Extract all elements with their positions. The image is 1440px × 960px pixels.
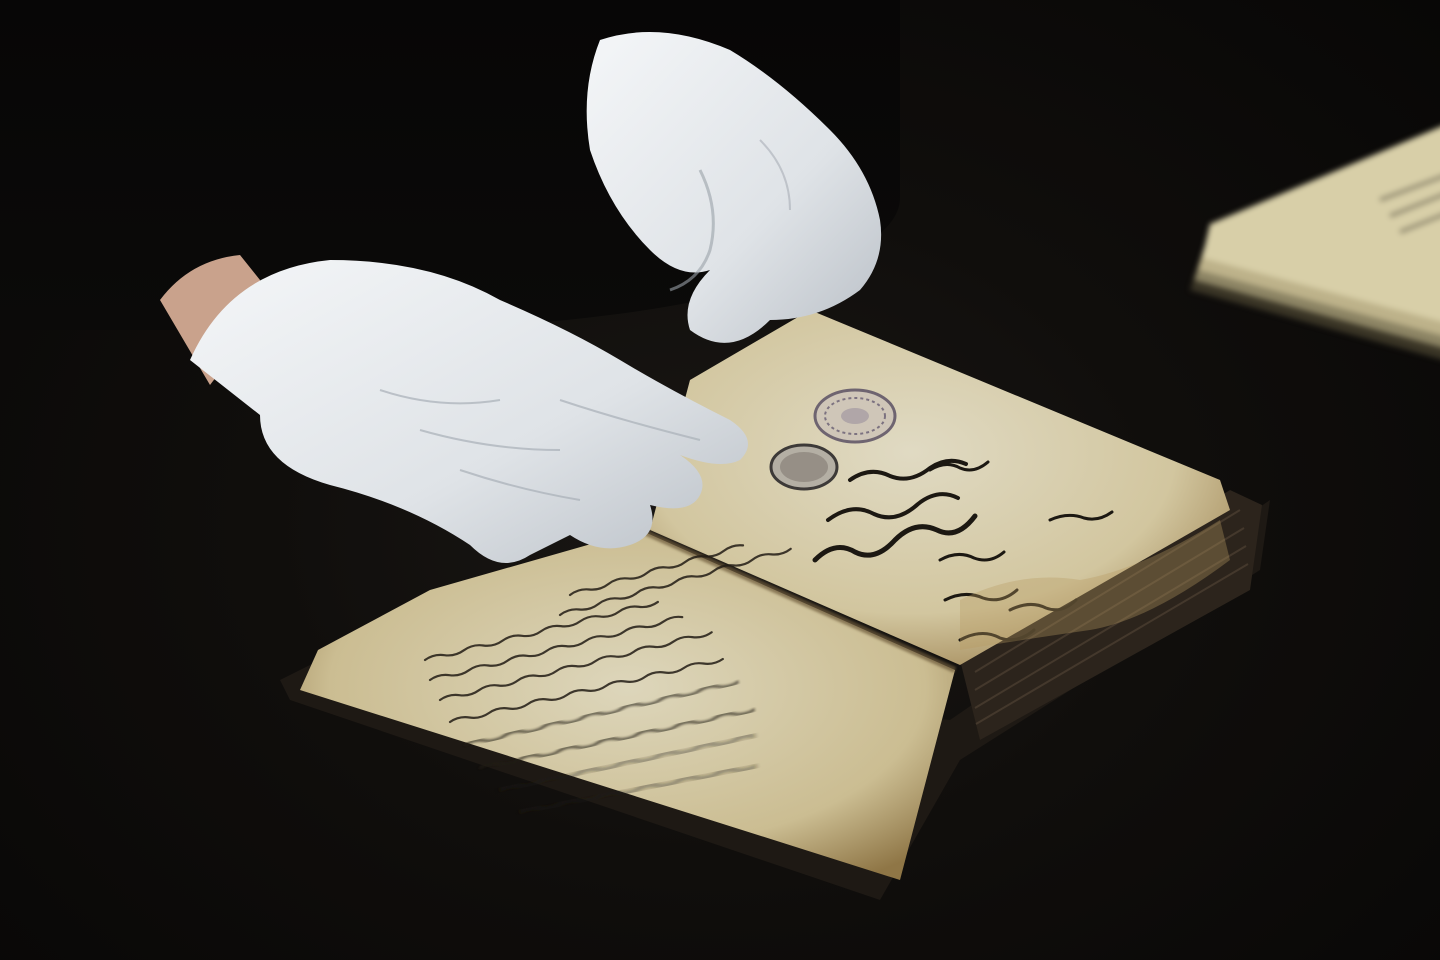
scene-art: [0, 0, 1440, 960]
upper-gloved-hand: [587, 32, 881, 343]
seal-upper: [815, 390, 895, 442]
seal-lower: [771, 445, 837, 489]
photo-scene: Gloved hands handling an aged handwritte…: [0, 0, 1440, 960]
